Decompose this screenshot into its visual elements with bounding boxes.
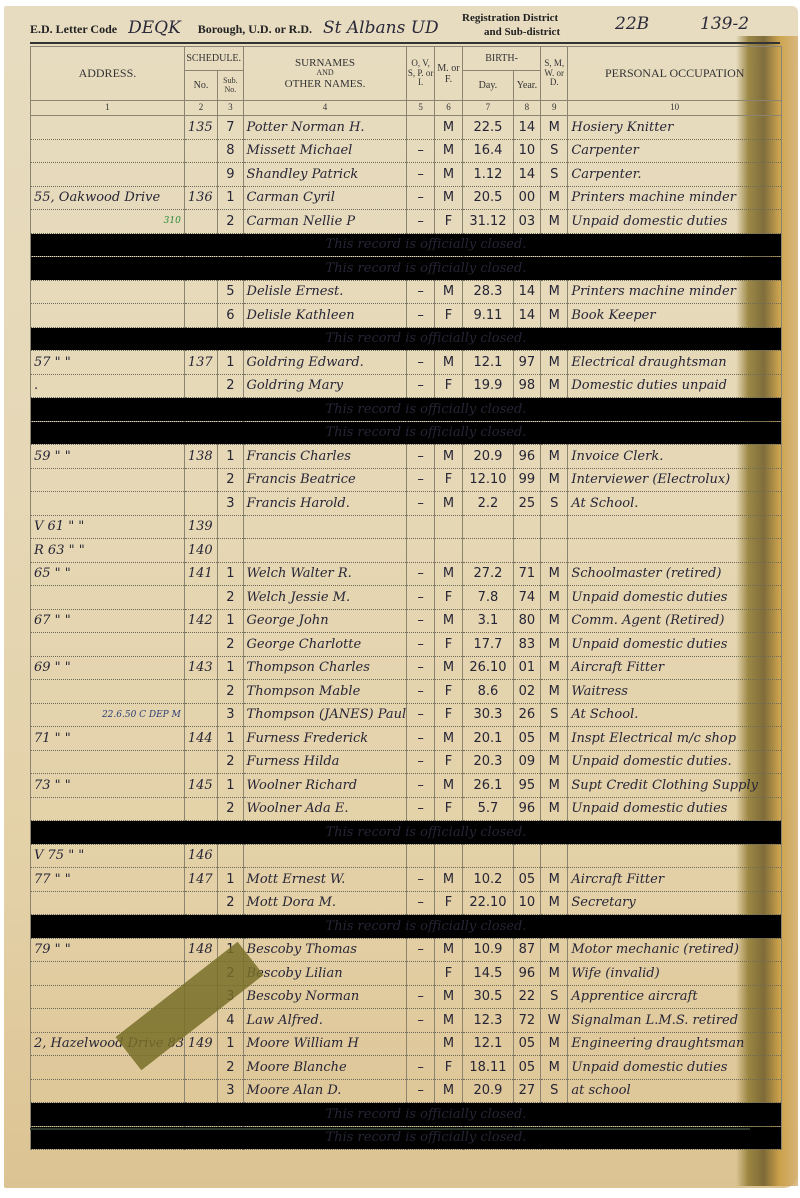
birth-day-cell: 16.4	[463, 139, 514, 163]
closed-record-text: This record is officially closed.	[326, 402, 527, 417]
birth-year-cell: 27	[513, 1079, 540, 1103]
closed-record-bar: This record is officially closed.	[31, 821, 782, 845]
sex-cell: F	[434, 703, 462, 727]
closed-record-text: This record is officially closed.	[326, 425, 527, 440]
name-cell: George Charlotte	[243, 633, 407, 657]
sex-cell	[434, 844, 462, 868]
birth-year-cell: 02	[513, 680, 540, 704]
col-schedule-sub: Sub. No.	[218, 71, 243, 101]
occupation-cell: At School.	[568, 492, 782, 516]
marital-cell: M	[541, 186, 568, 210]
col-num: 2	[184, 101, 217, 116]
marital-cell: S	[541, 703, 568, 727]
schedule-sub-cell: 9	[218, 163, 243, 187]
col-num: 7	[463, 101, 514, 116]
schedule-no-cell	[184, 633, 217, 657]
marital-cell: M	[541, 210, 568, 234]
ovspi-cell: –	[407, 868, 434, 892]
schedule-no-cell: 135	[184, 116, 217, 140]
col-birth-day: Day.	[463, 71, 514, 101]
table-row: 3102Carman Nellie P–F31.1203MUnpaid dome…	[31, 210, 782, 234]
marital-cell: M	[541, 750, 568, 774]
marital-cell: M	[541, 586, 568, 610]
ovspi-cell: –	[407, 727, 434, 751]
schedule-sub-cell	[218, 515, 243, 539]
marital-cell: M	[541, 1032, 568, 1056]
marital-cell: S	[541, 492, 568, 516]
closed-record-text: This record is officially closed.	[326, 919, 527, 934]
address-cell: 69 " "	[31, 656, 185, 680]
sex-cell: F	[434, 374, 462, 398]
address-cell	[31, 163, 185, 187]
sex-cell: M	[434, 727, 462, 751]
sex-cell: M	[434, 163, 462, 187]
ovspi-cell: –	[407, 468, 434, 492]
ovspi-cell	[407, 844, 434, 868]
ovspi-cell: –	[407, 374, 434, 398]
occupation-cell: Interviewer (Electrolux)	[568, 468, 782, 492]
ovspi-cell: –	[407, 774, 434, 798]
registration-district: 22B	[615, 14, 649, 34]
marital-cell: S	[541, 139, 568, 163]
col-num: 10	[568, 101, 782, 116]
table-row: 2Furness Hilda–F20.309MUnpaid domestic d…	[31, 750, 782, 774]
census-register-table: ADDRESS. SCHEDULE. SURNAMES AND OTHER NA…	[30, 46, 782, 1150]
name-cell	[243, 844, 407, 868]
table-row: 2Mott Dora M.–F22.1010MSecretary	[31, 891, 782, 915]
occupation-cell: Printers machine minder	[568, 186, 782, 210]
birth-day-cell: 12.1	[463, 351, 514, 375]
address-cell: 59 " "	[31, 445, 185, 469]
ovspi-cell: –	[407, 938, 434, 962]
schedule-sub-cell: 1	[218, 609, 243, 633]
table-row: 5Delisle Ernest.–M28.314MPrinters machin…	[31, 280, 782, 304]
marital-cell: M	[541, 351, 568, 375]
closed-record-text: This record is officially closed.	[326, 825, 527, 840]
sex-cell: F	[434, 891, 462, 915]
col-marital: S, M, W. or D.	[541, 47, 568, 101]
name-cell: Francis Harold.	[243, 492, 407, 516]
header-rule	[30, 42, 780, 44]
sex-cell: F	[434, 468, 462, 492]
birth-year-cell: 96	[513, 797, 540, 821]
birth-year-cell: 14	[513, 280, 540, 304]
sex-cell: M	[434, 116, 462, 140]
name-cell: George John	[243, 609, 407, 633]
sex-cell	[434, 515, 462, 539]
table-row: 8Missett Michael–M16.410SCarpenter	[31, 139, 782, 163]
schedule-sub-cell: 2	[218, 680, 243, 704]
occupation-cell: Unpaid domestic duties	[568, 797, 782, 821]
birth-day-cell: 8.6	[463, 680, 514, 704]
borough-label: Borough, U.D. or R.D.	[198, 22, 312, 36]
ovspi-cell: –	[407, 1009, 434, 1033]
name-cell: Bescoby Norman	[243, 985, 407, 1009]
schedule-sub-cell: 3	[218, 1079, 243, 1103]
sex-cell: F	[434, 586, 462, 610]
birth-year-cell: 83	[513, 633, 540, 657]
address-cell	[31, 680, 185, 704]
schedule-sub-cell: 5	[218, 280, 243, 304]
table-row: 77 " "1471Mott Ernest W.–M10.205MAircraf…	[31, 868, 782, 892]
birth-day-cell: 30.5	[463, 985, 514, 1009]
table-row: 2Bescoby LilianF14.596MWife (invalid)	[31, 962, 782, 986]
occupation-cell: Unpaid domestic duties	[568, 210, 782, 234]
occupation-cell: Motor mechanic (retired)	[568, 938, 782, 962]
name-cell: Moore Blanche	[243, 1056, 407, 1080]
name-cell: Missett Michael	[243, 139, 407, 163]
closed-record-bar: This record is officially closed.	[31, 257, 782, 281]
sex-cell: M	[434, 445, 462, 469]
registration-block: Registration District and Sub-district	[462, 12, 560, 40]
name-cell	[243, 539, 407, 563]
name-cell: Carman Nellie P	[243, 210, 407, 234]
schedule-no-cell: 136	[184, 186, 217, 210]
schedule-no-cell	[184, 1079, 217, 1103]
name-cell: Furness Frederick	[243, 727, 407, 751]
schedule-sub-cell: 2	[218, 586, 243, 610]
birth-year-cell: 87	[513, 938, 540, 962]
address-cell: 67 " "	[31, 609, 185, 633]
address-cell: .	[31, 374, 185, 398]
ovspi-cell: –	[407, 750, 434, 774]
name-cell: Potter Norman H.	[243, 116, 407, 140]
sub-district: 139-2	[700, 14, 749, 34]
birth-day-cell	[463, 539, 514, 563]
ovspi-cell: –	[407, 633, 434, 657]
marital-cell: M	[541, 680, 568, 704]
schedule-no-cell: 141	[184, 562, 217, 586]
birth-year-cell: 10	[513, 139, 540, 163]
closed-record-bar: This record is officially closed.	[31, 327, 782, 351]
table-row: 57 " "1371Goldring Edward.–M12.197MElect…	[31, 351, 782, 375]
closed-record-text: This record is officially closed.	[326, 331, 527, 346]
table-row: 2Francis Beatrice–F12.1099MInterviewer (…	[31, 468, 782, 492]
schedule-sub-cell: 2	[218, 210, 243, 234]
birth-day-cell: 26.10	[463, 656, 514, 680]
marital-cell: M	[541, 445, 568, 469]
occupation-cell	[568, 539, 782, 563]
address-cell	[31, 1056, 185, 1080]
col-ovspi: O, V, S, P. or I.	[407, 47, 434, 101]
col-schedule: SCHEDULE.	[184, 47, 243, 71]
birth-year-cell: 05	[513, 868, 540, 892]
address-cell	[31, 633, 185, 657]
table-row: R 63 " "140	[31, 539, 782, 563]
sex-cell: F	[434, 680, 462, 704]
occupation-cell: Inspt Electrical m/c shop	[568, 727, 782, 751]
ovspi-cell: –	[407, 562, 434, 586]
schedule-sub-cell: 4	[218, 1009, 243, 1033]
birth-year-cell: 96	[513, 962, 540, 986]
closed-record-notice: This record is officially closed.	[31, 821, 782, 845]
occupation-cell: Engineering draughtsman	[568, 1032, 782, 1056]
closed-record-notice: This record is officially closed.	[31, 1103, 782, 1127]
address-cell	[31, 750, 185, 774]
sex-cell: M	[434, 280, 462, 304]
schedule-no-cell	[184, 139, 217, 163]
registration-label-1: Registration District	[462, 12, 560, 26]
closed-record-bar: This record is officially closed.	[31, 233, 782, 257]
sex-cell: F	[434, 1056, 462, 1080]
ovspi-cell	[407, 539, 434, 563]
table-row: 71 " "1441Furness Frederick–M20.105MInsp…	[31, 727, 782, 751]
occupation-cell: Wife (invalid)	[568, 962, 782, 986]
schedule-no-cell	[184, 891, 217, 915]
ovspi-cell: –	[407, 492, 434, 516]
sex-cell: M	[434, 1009, 462, 1033]
schedule-no-cell	[184, 750, 217, 774]
address-cell	[31, 492, 185, 516]
birth-year-cell: 95	[513, 774, 540, 798]
birth-year-cell: 26	[513, 703, 540, 727]
sex-cell: M	[434, 186, 462, 210]
address-cell	[31, 891, 185, 915]
birth-day-cell: 30.3	[463, 703, 514, 727]
sex-cell: M	[434, 351, 462, 375]
occupation-cell: Carpenter	[568, 139, 782, 163]
closed-record-text: This record is officially closed.	[326, 261, 527, 276]
marital-cell: M	[541, 116, 568, 140]
occupation-cell	[568, 844, 782, 868]
schedule-sub-cell: 1	[218, 445, 243, 469]
occupation-cell: Unpaid domestic duties	[568, 1056, 782, 1080]
borough-value: St Albans UD	[323, 18, 439, 38]
birth-year-cell: 25	[513, 492, 540, 516]
marital-cell: S	[541, 985, 568, 1009]
table-row: 69 " "1431Thompson Charles–M26.1001MAirc…	[31, 656, 782, 680]
address-cell: 77 " "	[31, 868, 185, 892]
marital-cell: M	[541, 962, 568, 986]
ovspi-cell: –	[407, 586, 434, 610]
table-row: 9Shandley Patrick–M1.1214SCarpenter.	[31, 163, 782, 187]
marital-cell: M	[541, 633, 568, 657]
schedule-sub-cell: 1	[218, 868, 243, 892]
schedule-sub-cell: 6	[218, 304, 243, 328]
closed-record-notice: This record is officially closed.	[31, 327, 782, 351]
birth-year-cell: 05	[513, 1056, 540, 1080]
schedule-sub-cell: 2	[218, 374, 243, 398]
name-cell: Thompson Charles	[243, 656, 407, 680]
birth-year-cell	[513, 515, 540, 539]
birth-year-cell: 14	[513, 116, 540, 140]
name-cell: Thompson Mable	[243, 680, 407, 704]
schedule-no-cell: 146	[184, 844, 217, 868]
table-row: 2Woolner Ada E.–F5.796MUnpaid domestic d…	[31, 797, 782, 821]
name-cell: Law Alfred.	[243, 1009, 407, 1033]
sex-cell: F	[434, 797, 462, 821]
ovspi-cell: –	[407, 1079, 434, 1103]
schedule-no-cell	[184, 1056, 217, 1080]
ovspi-cell	[407, 116, 434, 140]
birth-year-cell: 97	[513, 351, 540, 375]
name-cell: Furness Hilda	[243, 750, 407, 774]
name-cell: Francis Charles	[243, 445, 407, 469]
sex-cell: M	[434, 1032, 462, 1056]
col-num: 6	[434, 101, 462, 116]
name-cell: Carman Cyril	[243, 186, 407, 210]
col-names: SURNAMES AND OTHER NAMES.	[243, 47, 407, 101]
marital-cell: M	[541, 797, 568, 821]
ovspi-cell: –	[407, 280, 434, 304]
address-cell	[31, 962, 185, 986]
ovspi-cell: –	[407, 186, 434, 210]
birth-year-cell: 05	[513, 727, 540, 751]
sex-cell: M	[434, 609, 462, 633]
name-cell: Goldring Mary	[243, 374, 407, 398]
birth-day-cell: 12.10	[463, 468, 514, 492]
col-sex: M. or F.	[434, 47, 462, 101]
marital-cell: M	[541, 562, 568, 586]
col-num: 3	[218, 101, 243, 116]
schedule-sub-cell: 8	[218, 139, 243, 163]
schedule-no-cell: 139	[184, 515, 217, 539]
ed-code-value: DEQK	[128, 18, 181, 38]
address-cell: R 63 " "	[31, 539, 185, 563]
birth-year-cell	[513, 844, 540, 868]
occupation-cell: Signalman L.M.S. retired	[568, 1009, 782, 1033]
birth-year-cell: 10	[513, 891, 540, 915]
birth-year-cell: 14	[513, 304, 540, 328]
col-address: ADDRESS.	[31, 47, 185, 101]
birth-day-cell	[463, 515, 514, 539]
table-row: 67 " "1421George John–M3.180MComm. Agent…	[31, 609, 782, 633]
birth-day-cell: 31.12	[463, 210, 514, 234]
closed-record-notice: This record is officially closed.	[31, 233, 782, 257]
schedule-sub-cell: 1	[218, 774, 243, 798]
col-birth-year: Year.	[513, 71, 540, 101]
birth-day-cell: 17.7	[463, 633, 514, 657]
name-cell: Woolner Richard	[243, 774, 407, 798]
schedule-sub-cell	[218, 844, 243, 868]
name-cell: Moore William H	[243, 1032, 407, 1056]
occupation-cell: Electrical draughtsman	[568, 351, 782, 375]
table-row: 73 " "1451Woolner Richard–M26.195MSupt C…	[31, 774, 782, 798]
ovspi-cell: –	[407, 139, 434, 163]
birth-day-cell: 2.2	[463, 492, 514, 516]
marital-cell	[541, 539, 568, 563]
col-num: 1	[31, 101, 185, 116]
closed-record-text: This record is officially closed.	[326, 237, 527, 252]
ovspi-cell: –	[407, 1056, 434, 1080]
birth-day-cell: 9.11	[463, 304, 514, 328]
ovspi-cell: –	[407, 891, 434, 915]
schedule-no-cell: 138	[184, 445, 217, 469]
schedule-no-cell: 140	[184, 539, 217, 563]
sex-cell: F	[434, 750, 462, 774]
marital-cell: M	[541, 1056, 568, 1080]
marital-cell	[541, 515, 568, 539]
schedule-no-cell: 143	[184, 656, 217, 680]
occupation-cell: Unpaid domestic duties	[568, 633, 782, 657]
closed-record-notice: This record is officially closed.	[31, 257, 782, 281]
occupation-cell: Aircraft Fitter	[568, 868, 782, 892]
table-row: V 61 " "139	[31, 515, 782, 539]
occupation-cell: Carpenter.	[568, 163, 782, 187]
closed-record-bar: This record is officially closed.	[31, 421, 782, 445]
address-cell: 79 " "	[31, 938, 185, 962]
table-row: 6Delisle Kathleen–F9.1114MBook Keeper	[31, 304, 782, 328]
sex-cell	[434, 539, 462, 563]
address-cell	[31, 797, 185, 821]
schedule-no-cell	[184, 680, 217, 704]
ovspi-cell: –	[407, 680, 434, 704]
birth-day-cell: 5.7	[463, 797, 514, 821]
birth-day-cell: 28.3	[463, 280, 514, 304]
schedule-no-cell	[184, 468, 217, 492]
table-row: 65 " "1411Welch Walter R.–M27.271MSchool…	[31, 562, 782, 586]
col-occupation: PERSONAL OCCUPATION	[568, 47, 782, 101]
schedule-sub-cell: 1	[218, 656, 243, 680]
sex-cell: M	[434, 938, 462, 962]
birth-day-cell: 10.2	[463, 868, 514, 892]
ed-code-label: E.D. Letter Code	[30, 22, 117, 36]
address-cell: 55, Oakwood Drive	[31, 186, 185, 210]
ovspi-cell: –	[407, 445, 434, 469]
birth-year-cell: 00	[513, 186, 540, 210]
schedule-no-cell	[184, 492, 217, 516]
marital-cell: M	[541, 891, 568, 915]
address-cell: 65 " "	[31, 562, 185, 586]
ovspi-cell	[407, 515, 434, 539]
birth-day-cell: 20.1	[463, 727, 514, 751]
marital-cell: S	[541, 163, 568, 187]
sex-cell: F	[434, 962, 462, 986]
birth-year-cell: 71	[513, 562, 540, 586]
name-cell: Bescoby Thomas	[243, 938, 407, 962]
ovspi-cell: –	[407, 304, 434, 328]
sex-cell: M	[434, 868, 462, 892]
closed-record-bar: This record is officially closed.	[31, 1103, 782, 1127]
name-cell: Mott Dora M.	[243, 891, 407, 915]
marital-cell: M	[541, 468, 568, 492]
birth-day-cell: 22.10	[463, 891, 514, 915]
schedule-sub-cell	[218, 539, 243, 563]
table-row: 55, Oakwood Drive1361Carman Cyril–M20.50…	[31, 186, 782, 210]
marital-cell: M	[541, 868, 568, 892]
birth-day-cell: 19.9	[463, 374, 514, 398]
page-header: E.D. Letter Code DEQK Borough, U.D. or R…	[30, 18, 439, 38]
register-rows: 1357Potter Norman H.M22.514MHosiery Knit…	[31, 116, 782, 1150]
address-cell	[31, 116, 185, 140]
birth-day-cell: 20.9	[463, 1079, 514, 1103]
schedule-no-cell	[184, 586, 217, 610]
table-row: 3Francis Harold.–M2.225SAt School.	[31, 492, 782, 516]
schedule-no-cell: 145	[184, 774, 217, 798]
sex-cell: M	[434, 139, 462, 163]
birth-year-cell: 74	[513, 586, 540, 610]
birth-day-cell: 20.3	[463, 750, 514, 774]
schedule-sub-cell: 1	[218, 562, 243, 586]
schedule-sub-cell: 3	[218, 492, 243, 516]
schedule-no-cell	[184, 374, 217, 398]
marital-cell: S	[541, 1079, 568, 1103]
col-num: 8	[513, 101, 540, 116]
closed-record-notice: This record is officially closed.	[31, 398, 782, 422]
birth-day-cell: 7.8	[463, 586, 514, 610]
address-cell	[31, 468, 185, 492]
sex-cell: M	[434, 562, 462, 586]
marital-cell: M	[541, 304, 568, 328]
occupation-cell: Comm. Agent (Retired)	[568, 609, 782, 633]
address-cell: 22.6.50 C DEP M	[31, 703, 185, 727]
name-cell: Woolner Ada E.	[243, 797, 407, 821]
schedule-no-cell	[184, 163, 217, 187]
sex-cell: M	[434, 1079, 462, 1103]
ovspi-cell: –	[407, 985, 434, 1009]
birth-day-cell: 12.3	[463, 1009, 514, 1033]
schedule-sub-cell: 2	[218, 1056, 243, 1080]
